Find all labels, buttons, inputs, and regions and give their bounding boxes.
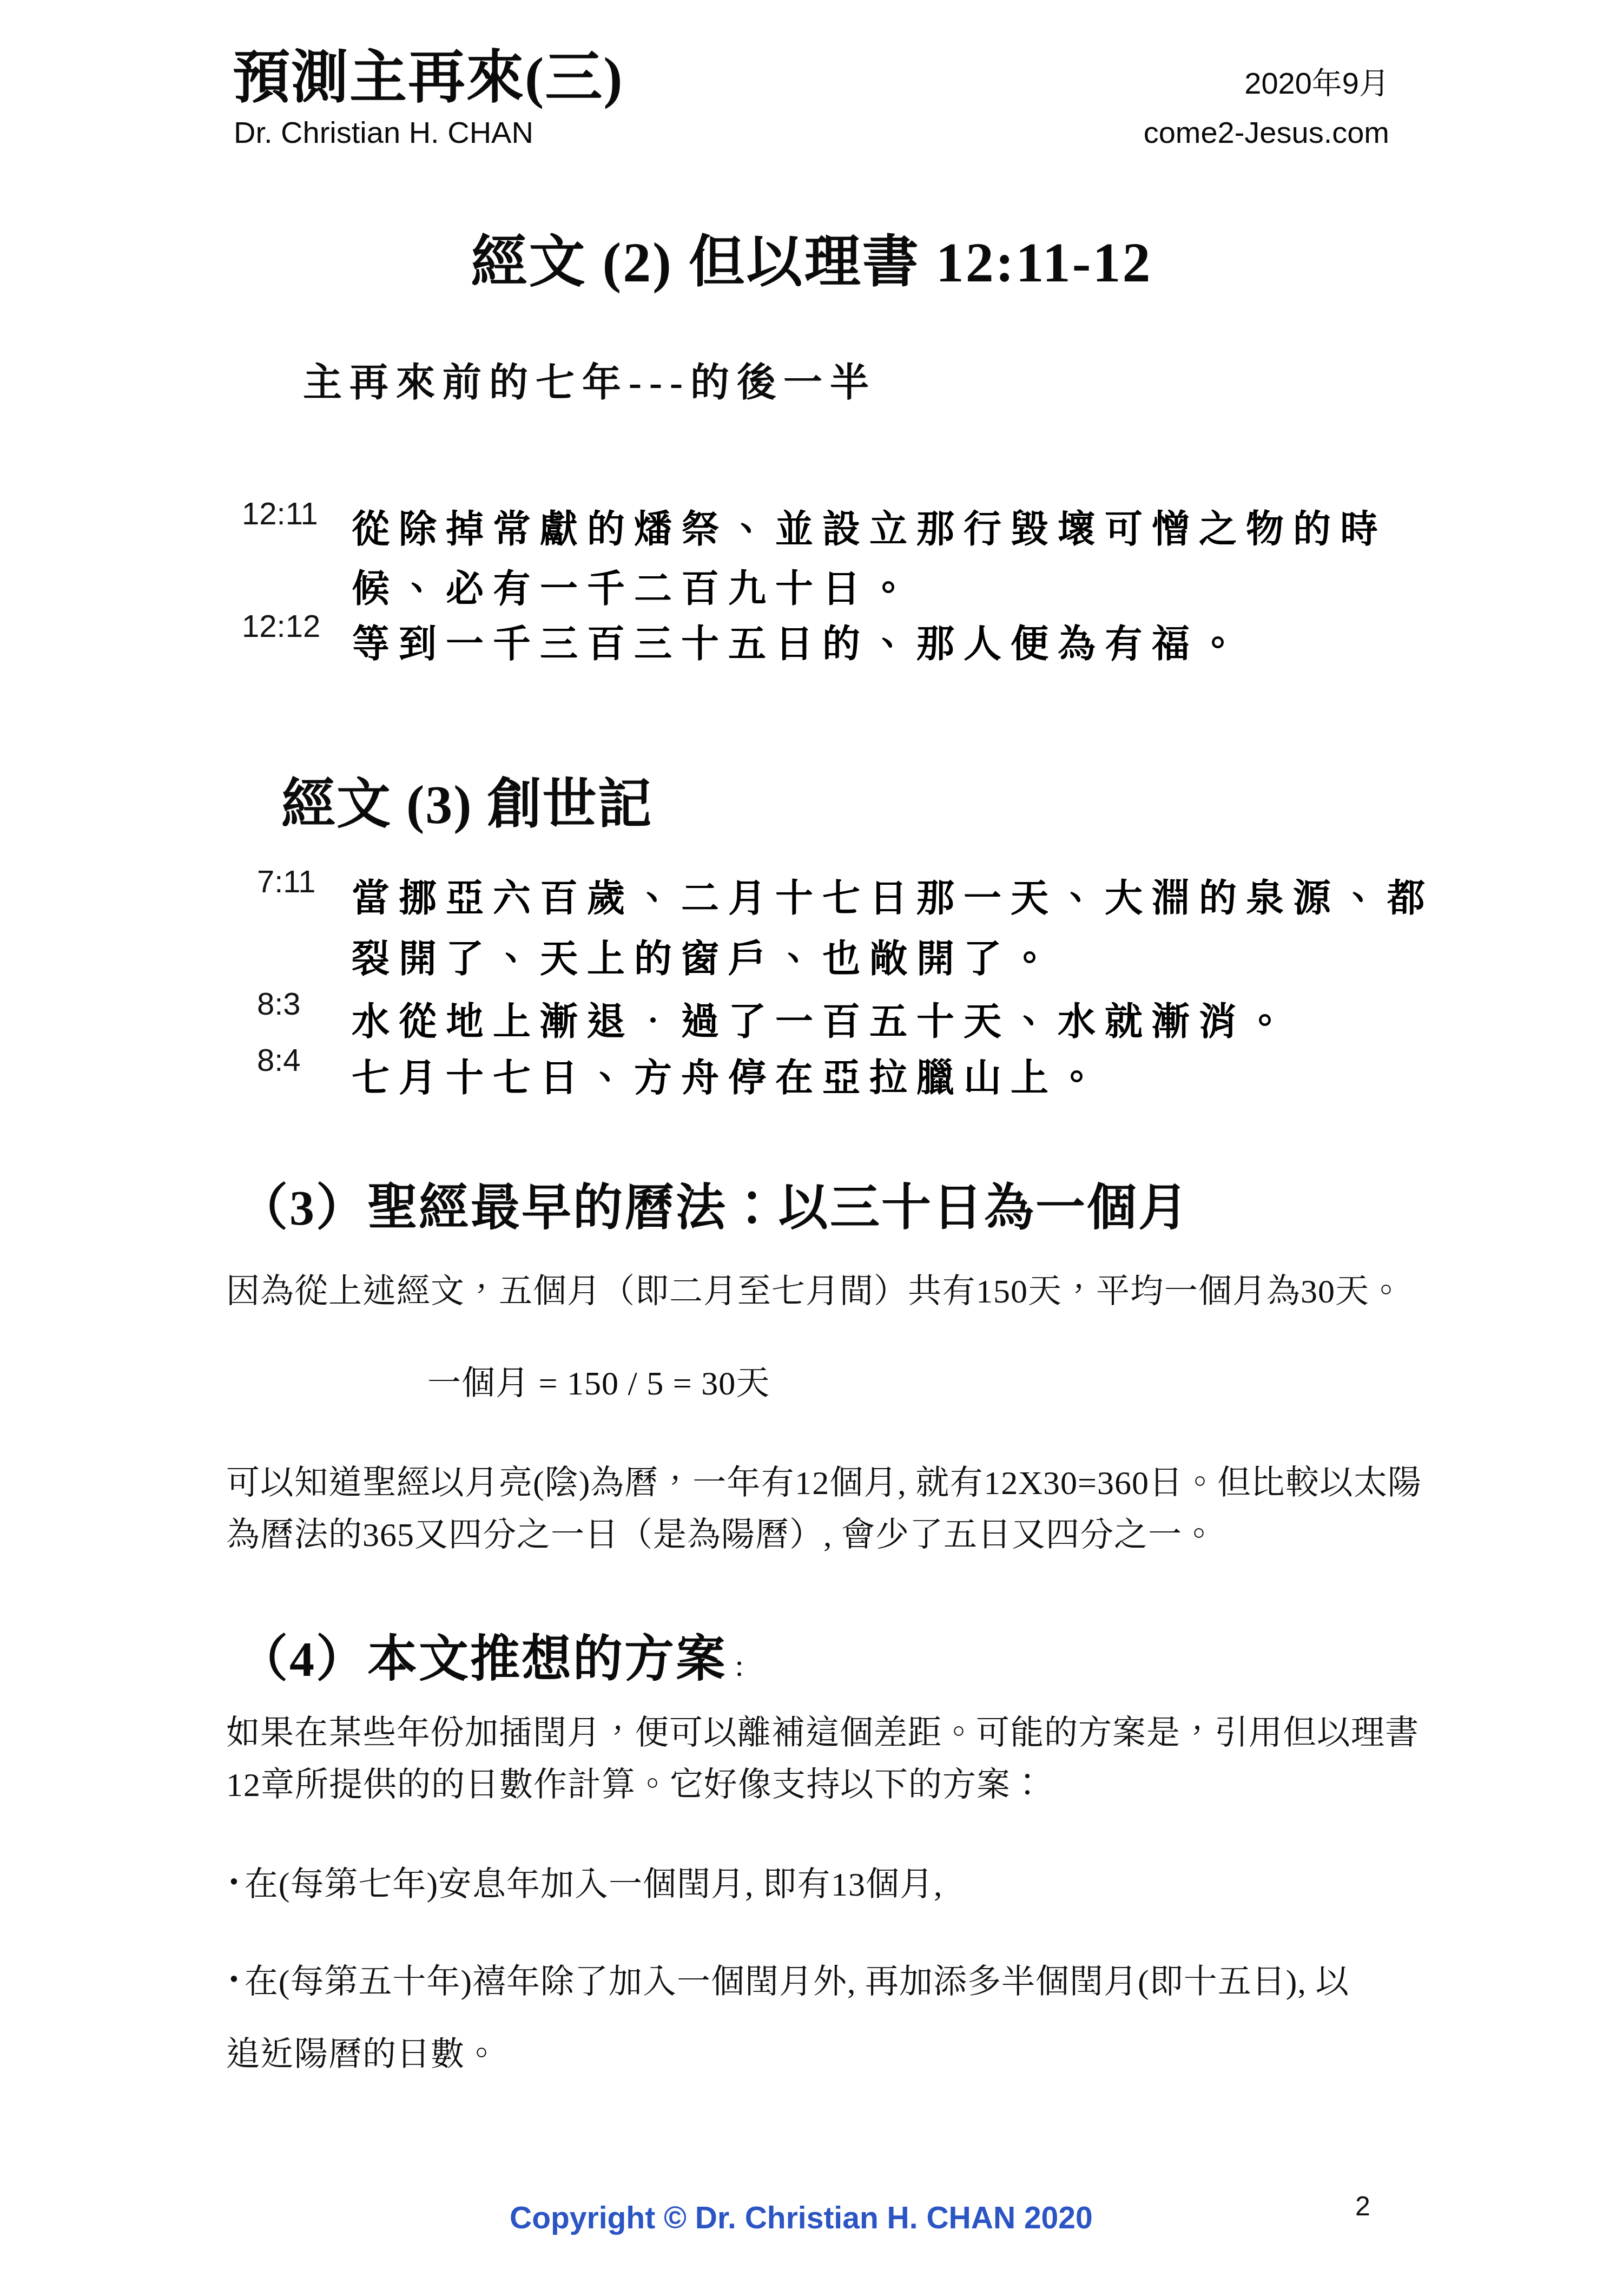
verse-text-line: 等到一千三百三十五日的、那人便為有福。 [352,614,1246,668]
month-formula: 一個月 = 150 / 5 = 30天 [427,1356,770,1404]
verse-ref: 12:12 [242,608,320,644]
bullet-2-text-line1: 在(每第五十年)禧年除了加入一個閏月外, 再加添多半個閏月(即十五日), 以 [245,1964,1350,2001]
proposal-section-heading: （4）本文推想的方案 : [238,1619,744,1690]
document-page: 預測主再來(三) 2020年9月 Dr. Christian H. CHAN c… [0,0,1623,2296]
verse-text-line: 裂開了、天上的窗戶、也敞開了。 [352,929,1058,983]
verse-ref: 8:4 [257,1042,301,1078]
page-number: 2 [1355,2190,1370,2222]
author-name: Dr. Christian H. CHAN [234,115,533,150]
proposal-heading-colon: : [727,1648,744,1683]
proposal-paragraph-line2: 12章所提供的的日數作計算。它好像支持以下的方案： [226,1758,1045,1806]
verse-text-line: 從除掉常獻的燔祭、並設立那行毀壞可憎之物的時 [352,499,1387,554]
calendar-paragraph-1: 因為從上述經文，五個月（即二月至七月間）共有150天，平均一個月為30天。 [226,1264,1403,1312]
bullet-item-2: •在(每第五十年)禧年除了加入一個閏月外, 再加添多半個閏月(即十五日), 以 [229,1955,1349,2003]
website-url: come2-Jesus.com [1144,115,1389,150]
bullet-dot: • [229,1965,245,1994]
bullet-item-1: •在(每第七年)安息年加入一個閏月, 即有13個月, [229,1857,943,1905]
bullet-1-text: 在(每第七年)安息年加入一個閏月, 即有13個月, [245,1866,943,1903]
footer-copyright: Copyright © Dr. Christian H. CHAN 2020 [510,2200,1093,2236]
verse-text-line: 候、必有一千二百九十日。 [352,558,916,613]
scripture3-heading: 經文 (3) 創世記 [281,760,653,838]
bullet-dot: • [229,1867,245,1896]
verse-ref: 12:11 [242,496,318,532]
proposal-heading-text: （4）本文推想的方案 [238,1631,727,1687]
verse-text-line: 七月十七日、方舟停在亞拉臘山上。 [352,1048,1105,1102]
calendar-paragraph-2-line1: 可以知道聖經以月亮(陰)為曆，一年有12個月, 就有12X30=360日。但比較… [226,1456,1422,1504]
scripture2-heading: 經文 (2) 但以理書 12:11-12 [0,216,1623,298]
verse-text-line: 當挪亞六百歲、二月十七日那一天、大淵的泉源、都 [352,868,1434,923]
proposal-paragraph-line1: 如果在某些年份加插閏月，便可以離補這個差距。可能的方案是，引用但以理書 [226,1706,1419,1754]
scripture2-subtitle: 主再來前的七年---的後一半 [303,351,876,407]
bullet-2-text-line2: 追近陽曆的日數。 [226,2027,499,2075]
verse-ref: 8:3 [257,986,301,1022]
verse-text-line: 水從地上漸退．過了一百五十天、水就漸消。 [352,991,1293,1046]
document-date: 2020年9月 [1244,60,1389,103]
verse-ref: 7:11 [257,864,316,900]
calendar-section-heading: （3）聖經最早的曆法：以三十日為一個月 [238,1168,1190,1239]
document-title: 預測主再來(三) [233,31,624,114]
calendar-paragraph-2-line2: 為曆法的365又四分之一日（是為陽曆）, 會少了五日又四分之一。 [226,1508,1216,1556]
